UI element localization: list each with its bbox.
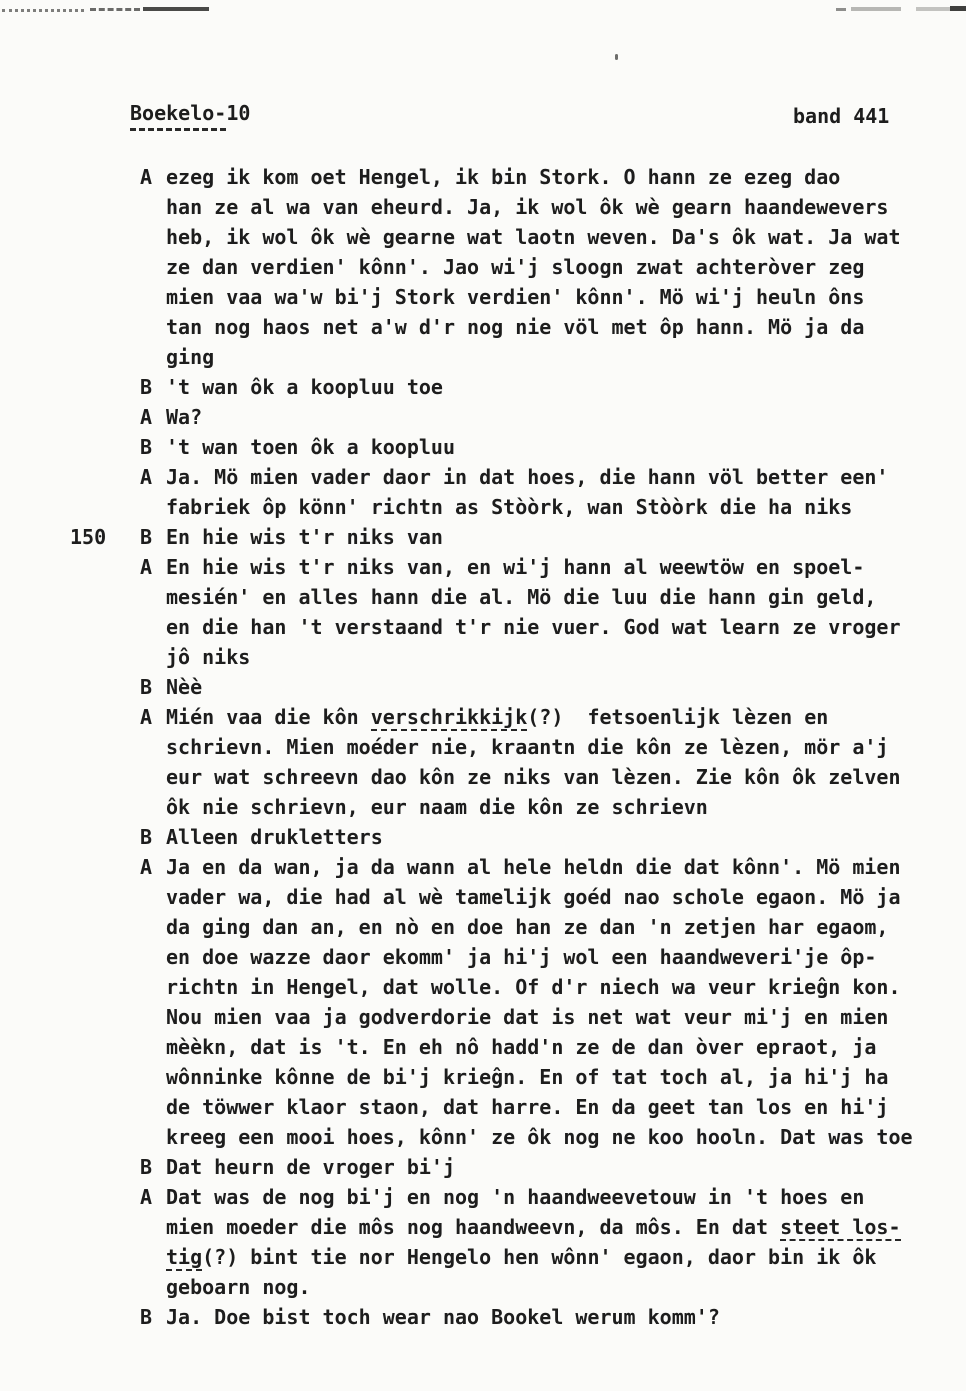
text-segment: richtn in Hengel, dat wolle. Of d'r niec…	[166, 975, 901, 999]
margin-line-number	[0, 552, 140, 582]
transcript-line: tig(?) bint tie nor Hengelo hen wônn' eg…	[0, 1242, 966, 1272]
transcript-line: ADat was de nog bi'j en nog 'n haandweev…	[0, 1182, 966, 1212]
transcript-line: AJa en da wan, ja da wann al hele heldn …	[0, 852, 966, 882]
margin-line-number	[0, 1002, 140, 1032]
margin-line-number	[0, 162, 140, 192]
speaker-label: B	[140, 672, 166, 702]
utterance-text: Ja. Doe bist toch wear nao Bookel werum …	[166, 1302, 966, 1332]
text-segment: mien vaa wa'w bi'j Stork verdien' kônn'.…	[166, 285, 864, 309]
text-segment: mien moeder die môs nog haandweevn, da m…	[166, 1215, 780, 1239]
transcript-line: 150BEn hie wis t'r niks van	[0, 522, 966, 552]
utterance-text: ze dan verdien' kônn'. Jao wi'j sloogn z…	[166, 252, 966, 282]
margin-line-number	[0, 942, 140, 972]
text-segment: ze dan verdien' kônn'. Jao wi'j sloogn z…	[166, 255, 864, 279]
speaker-label	[140, 942, 166, 972]
scan-artifact-top-right-3	[916, 7, 952, 11]
text-segment: schrievn. Mien moéder nie, kraantn die k…	[166, 735, 888, 759]
speaker-label: A	[140, 1182, 166, 1212]
speaker-label: A	[140, 852, 166, 882]
margin-line-number	[0, 1302, 140, 1332]
transcript-line: heb, ik wol ôk wè gearne wat laotn weven…	[0, 222, 966, 252]
text-segment: da ging dan an, en nò en doe han ze dan …	[166, 915, 888, 939]
utterance-text: kreeg een mooi hoes, kônn' ze ôk nog ne …	[166, 1122, 966, 1152]
utterance-text: mesién' en alles hann die al. Mö die luu…	[166, 582, 966, 612]
speaker-label	[140, 1242, 166, 1272]
utterance-text: 't wan ôk a koopluu toe	[166, 372, 966, 402]
margin-line-number	[0, 372, 140, 402]
margin-line-number	[0, 1182, 140, 1212]
transcript: Aezeg ik kom oet Hengel, ik bin Stork. O…	[0, 162, 966, 1332]
transcript-line: AWa?	[0, 402, 966, 432]
text-segment: En hie wis t'r niks van	[166, 525, 443, 549]
utterance-text: mien moeder die môs nog haandweevn, da m…	[166, 1212, 966, 1242]
transcript-line: AJa. Mö mien vader daor in dat hoes, die…	[0, 462, 966, 492]
scanned-document-page: Boekelo-10 band 441 Aezeg ik kom oet Hen…	[0, 0, 966, 1391]
text-segment: Alleen drukletters	[166, 825, 383, 849]
transcript-line: Aezeg ik kom oet Hengel, ik bin Stork. O…	[0, 162, 966, 192]
text-segment: (?) bint tie nor Hengelo hen wônn' egaon…	[202, 1245, 876, 1269]
scan-artifact-top-right-2	[851, 7, 901, 11]
speaker-label	[140, 1032, 166, 1062]
margin-line-number	[0, 492, 140, 522]
speaker-label	[140, 1122, 166, 1152]
margin-line-number	[0, 882, 140, 912]
transcript-line: mien vaa wa'w bi'j Stork verdien' kônn'.…	[0, 282, 966, 312]
speaker-label	[140, 1212, 166, 1242]
margin-line-number	[0, 1272, 140, 1302]
utterance-text: Ja. Mö mien vader daor in dat hoes, die …	[166, 462, 966, 492]
transcript-line: eur wat schreevn dao kôn ze niks van lèz…	[0, 762, 966, 792]
text-segment: wônninke kônne de bi'j krieĝn. En of tat…	[166, 1065, 888, 1089]
text-segment: heb, ik wol ôk wè gearne wat laotn weven…	[166, 225, 901, 249]
text-segment: 't wan ôk a koopluu toe	[166, 375, 443, 399]
transcript-line: richtn in Hengel, dat wolle. Of d'r niec…	[0, 972, 966, 1002]
utterance-text: richtn in Hengel, dat wolle. Of d'r niec…	[166, 972, 966, 1002]
text-segment: tan nog haos net a'w d'r nog nie völ met…	[166, 315, 864, 339]
utterance-text: Dat was de nog bi'j en nog 'n haandweeve…	[166, 1182, 966, 1212]
text-segment: vader wa, die had al wè tamelijk goéd na…	[166, 885, 901, 909]
underlined-word: steet los-	[780, 1215, 900, 1241]
underlined-word: tig	[166, 1245, 202, 1271]
utterance-text: en die han 't verstaand t'r nie vuer. Go…	[166, 612, 966, 642]
utterance-text: han ze al wa van eheurd. Ja, ik wol ôk w…	[166, 192, 966, 222]
margin-line-number	[0, 282, 140, 312]
transcript-line: B't wan toen ôk a koopluu	[0, 432, 966, 462]
speaker-label	[140, 882, 166, 912]
margin-line-number	[0, 792, 140, 822]
margin-line-number	[0, 1122, 140, 1152]
speaker-label	[140, 792, 166, 822]
margin-line-number	[0, 1092, 140, 1122]
utterance-text: jô niks	[166, 642, 966, 672]
speaker-label	[140, 582, 166, 612]
transcript-line: kreeg een mooi hoes, kônn' ze ôk nog ne …	[0, 1122, 966, 1152]
speaker-label	[140, 732, 166, 762]
transcript-line: en doe wazze daor ekomm' ja hi'j wol een…	[0, 942, 966, 972]
margin-line-number	[0, 462, 140, 492]
transcript-line: Nou mien vaa ja godverdorie dat is net w…	[0, 1002, 966, 1032]
transcript-line: jô niks	[0, 642, 966, 672]
speaker-label	[140, 972, 166, 1002]
speaker-label: A	[140, 162, 166, 192]
text-segment: ging	[166, 345, 214, 369]
utterance-text: Nou mien vaa ja godverdorie dat is net w…	[166, 1002, 966, 1032]
utterance-text: da ging dan an, en nò en doe han ze dan …	[166, 912, 966, 942]
margin-line-number	[0, 342, 140, 372]
speaker-label	[140, 1092, 166, 1122]
text-segment: Ja. Mö mien vader daor in dat hoes, die …	[166, 465, 888, 489]
text-segment: de töwwer klaor staon, dat harre. En da …	[166, 1095, 888, 1119]
transcript-line: BDat heurn de vroger bi'j	[0, 1152, 966, 1182]
text-segment: Wa?	[166, 405, 202, 429]
transcript-line: en die han 't verstaand t'r nie vuer. Go…	[0, 612, 966, 642]
text-segment: Dat was de nog bi'j en nog 'n haandweeve…	[166, 1185, 864, 1209]
text-segment: han ze al wa van eheurd. Ja, ik wol ôk w…	[166, 195, 888, 219]
scan-artifact-top-left-dots	[2, 9, 84, 12]
utterance-text: ôk nie schrievn, eur naam die kôn ze sch…	[166, 792, 966, 822]
margin-line-number: 150	[0, 522, 140, 552]
speaker-label: B	[140, 822, 166, 852]
margin-line-number	[0, 1032, 140, 1062]
margin-line-number	[0, 612, 140, 642]
text-segment: (?) fetsoenlijk lèzen en	[527, 705, 828, 729]
speaker-label	[140, 312, 166, 342]
text-segment: eur wat schreevn dao kôn ze niks van lèz…	[166, 765, 901, 789]
scan-artifact-top-right-1	[836, 8, 846, 11]
utterance-text: ezeg ik kom oet Hengel, ik bin Stork. O …	[166, 162, 966, 192]
margin-line-number	[0, 852, 140, 882]
text-segment: geboarn nog.	[166, 1275, 311, 1299]
text-segment: ezeg ik kom oet Hengel, ik bin Stork. O …	[166, 165, 840, 189]
transcript-line: da ging dan an, en nò en doe han ze dan …	[0, 912, 966, 942]
margin-line-number	[0, 912, 140, 942]
margin-line-number	[0, 702, 140, 732]
margin-line-number	[0, 972, 140, 1002]
utterance-text: heb, ik wol ôk wè gearne wat laotn weven…	[166, 222, 966, 252]
transcript-line: fabriek ôp könn' richtn as Stòòrk, wan S…	[0, 492, 966, 522]
speaker-label	[140, 642, 166, 672]
speaker-label	[140, 222, 166, 252]
utterance-text: tan nog haos net a'w d'r nog nie völ met…	[166, 312, 966, 342]
utterance-text: eur wat schreevn dao kôn ze niks van lèz…	[166, 762, 966, 792]
doc-id-rest: 10	[226, 101, 250, 125]
band-label: band 441	[793, 104, 889, 128]
speaker-label: B	[140, 1302, 166, 1332]
margin-line-number	[0, 1062, 140, 1092]
margin-line-number	[0, 222, 140, 252]
margin-line-number	[0, 1242, 140, 1272]
speaker-label: B	[140, 522, 166, 552]
page-title: Boekelo-10	[130, 101, 250, 125]
text-segment: 't wan toen ôk a koopluu	[166, 435, 455, 459]
speaker-label	[140, 342, 166, 372]
transcript-line: ze dan verdien' kônn'. Jao wi'j sloogn z…	[0, 252, 966, 282]
speaker-label: B	[140, 432, 166, 462]
margin-line-number	[0, 1212, 140, 1242]
text-segment: Ja en da wan, ja da wann al hele heldn d…	[166, 855, 901, 879]
utterance-text: mien vaa wa'w bi'j Stork verdien' kônn'.…	[166, 282, 966, 312]
transcript-line: AEn hie wis t'r niks van, en wi'j hann a…	[0, 552, 966, 582]
text-segment: en die han 't verstaand t'r nie vuer. Go…	[166, 615, 901, 639]
margin-line-number	[0, 402, 140, 432]
utterance-text: Nèè	[166, 672, 966, 702]
text-segment: fabriek ôp könn' richtn as Stòòrk, wan S…	[166, 495, 852, 519]
transcript-line: BJa. Doe bist toch wear nao Bookel werum…	[0, 1302, 966, 1332]
transcript-line: mèèkn, dat is 't. En eh nô hadd'n ze de …	[0, 1032, 966, 1062]
utterance-text: Mién vaa die kôn verschrikkijk(?) fetsoe…	[166, 702, 966, 732]
scan-artifact-speck	[615, 54, 618, 60]
margin-line-number	[0, 192, 140, 222]
transcript-line: B't wan ôk a koopluu toe	[0, 372, 966, 402]
transcript-line: mien moeder die môs nog haandweevn, da m…	[0, 1212, 966, 1242]
transcript-line: AMién vaa die kôn verschrikkijk(?) fetso…	[0, 702, 966, 732]
transcript-line: han ze al wa van eheurd. Ja, ik wol ôk w…	[0, 192, 966, 222]
transcript-line: vader wa, die had al wè tamelijk goéd na…	[0, 882, 966, 912]
transcript-line: wônninke kônne de bi'j krieĝn. En of tat…	[0, 1062, 966, 1092]
scan-artifact-top-right-tip	[950, 6, 966, 11]
speaker-label	[140, 492, 166, 522]
utterance-text: geboarn nog.	[166, 1272, 966, 1302]
utterance-text: de töwwer klaor staon, dat harre. En da …	[166, 1092, 966, 1122]
utterance-text: Dat heurn de vroger bi'j	[166, 1152, 966, 1182]
utterance-text: tig(?) bint tie nor Hengelo hen wônn' eg…	[166, 1242, 966, 1272]
utterance-text: mèèkn, dat is 't. En eh nô hadd'n ze de …	[166, 1032, 966, 1062]
speaker-label: A	[140, 402, 166, 432]
text-segment: Mién vaa die kôn	[166, 705, 371, 729]
transcript-line: BAlleen drukletters	[0, 822, 966, 852]
transcript-line: ging	[0, 342, 966, 372]
margin-line-number	[0, 732, 140, 762]
margin-line-number	[0, 312, 140, 342]
transcript-line: mesién' en alles hann die al. Mö die luu…	[0, 582, 966, 612]
text-segment: ôk nie schrievn, eur naam die kôn ze sch…	[166, 795, 708, 819]
utterance-text: Ja en da wan, ja da wann al hele heldn d…	[166, 852, 966, 882]
speaker-label	[140, 192, 166, 222]
margin-line-number	[0, 822, 140, 852]
speaker-label	[140, 912, 166, 942]
transcript-line: geboarn nog.	[0, 1272, 966, 1302]
speaker-label	[140, 612, 166, 642]
speaker-label	[140, 1002, 166, 1032]
text-segment: en doe wazze daor ekomm' ja hi'j wol een…	[166, 945, 876, 969]
transcript-line: de töwwer klaor staon, dat harre. En da …	[0, 1092, 966, 1122]
utterance-text: vader wa, die had al wè tamelijk goéd na…	[166, 882, 966, 912]
utterance-text: en doe wazze daor ekomm' ja hi'j wol een…	[166, 942, 966, 972]
scan-artifact-top-left-dash	[90, 8, 140, 11]
margin-line-number	[0, 642, 140, 672]
speaker-label: A	[140, 702, 166, 732]
utterance-text: fabriek ôp könn' richtn as Stòòrk, wan S…	[166, 492, 966, 522]
transcript-line: ôk nie schrievn, eur naam die kôn ze sch…	[0, 792, 966, 822]
margin-line-number	[0, 582, 140, 612]
transcript-line: tan nog haos net a'w d'r nog nie völ met…	[0, 312, 966, 342]
speaker-label	[140, 1272, 166, 1302]
utterance-text: En hie wis t'r niks van, en wi'j hann al…	[166, 552, 966, 582]
speaker-label: B	[140, 372, 166, 402]
text-segment: jô niks	[166, 645, 250, 669]
text-segment: Nèè	[166, 675, 202, 699]
speaker-label	[140, 282, 166, 312]
text-segment: mèèkn, dat is 't. En eh nô hadd'n ze de …	[166, 1035, 876, 1059]
text-segment: Ja. Doe bist toch wear nao Bookel werum …	[166, 1305, 720, 1329]
scan-artifact-top-left-bar	[143, 7, 209, 11]
utterance-text: wônninke kônne de bi'j krieĝn. En of tat…	[166, 1062, 966, 1092]
utterance-text: schrievn. Mien moéder nie, kraantn die k…	[166, 732, 966, 762]
text-segment: En hie wis t'r niks van, en wi'j hann al…	[166, 555, 864, 579]
speaker-label: B	[140, 1152, 166, 1182]
utterance-text: ging	[166, 342, 966, 372]
speaker-label: A	[140, 552, 166, 582]
text-segment: Dat heurn de vroger bi'j	[166, 1155, 455, 1179]
transcript-line: schrievn. Mien moéder nie, kraantn die k…	[0, 732, 966, 762]
text-segment: Nou mien vaa ja godverdorie dat is net w…	[166, 1005, 888, 1029]
utterance-text: Alleen drukletters	[166, 822, 966, 852]
text-segment: kreeg een mooi hoes, kônn' ze ôk nog ne …	[166, 1125, 913, 1149]
doc-id-underlined: Boekelo-	[130, 101, 226, 131]
margin-line-number	[0, 252, 140, 282]
margin-line-number	[0, 762, 140, 792]
speaker-label	[140, 1062, 166, 1092]
margin-line-number	[0, 672, 140, 702]
transcript-line: BNèè	[0, 672, 966, 702]
speaker-label: A	[140, 462, 166, 492]
speaker-label	[140, 252, 166, 282]
utterance-text: En hie wis t'r niks van	[166, 522, 966, 552]
text-segment: mesién' en alles hann die al. Mö die luu…	[166, 585, 876, 609]
margin-line-number	[0, 1152, 140, 1182]
speaker-label	[140, 762, 166, 792]
underlined-word: verschrikkijk	[371, 705, 528, 731]
margin-line-number	[0, 432, 140, 462]
utterance-text: Wa?	[166, 402, 966, 432]
utterance-text: 't wan toen ôk a koopluu	[166, 432, 966, 462]
